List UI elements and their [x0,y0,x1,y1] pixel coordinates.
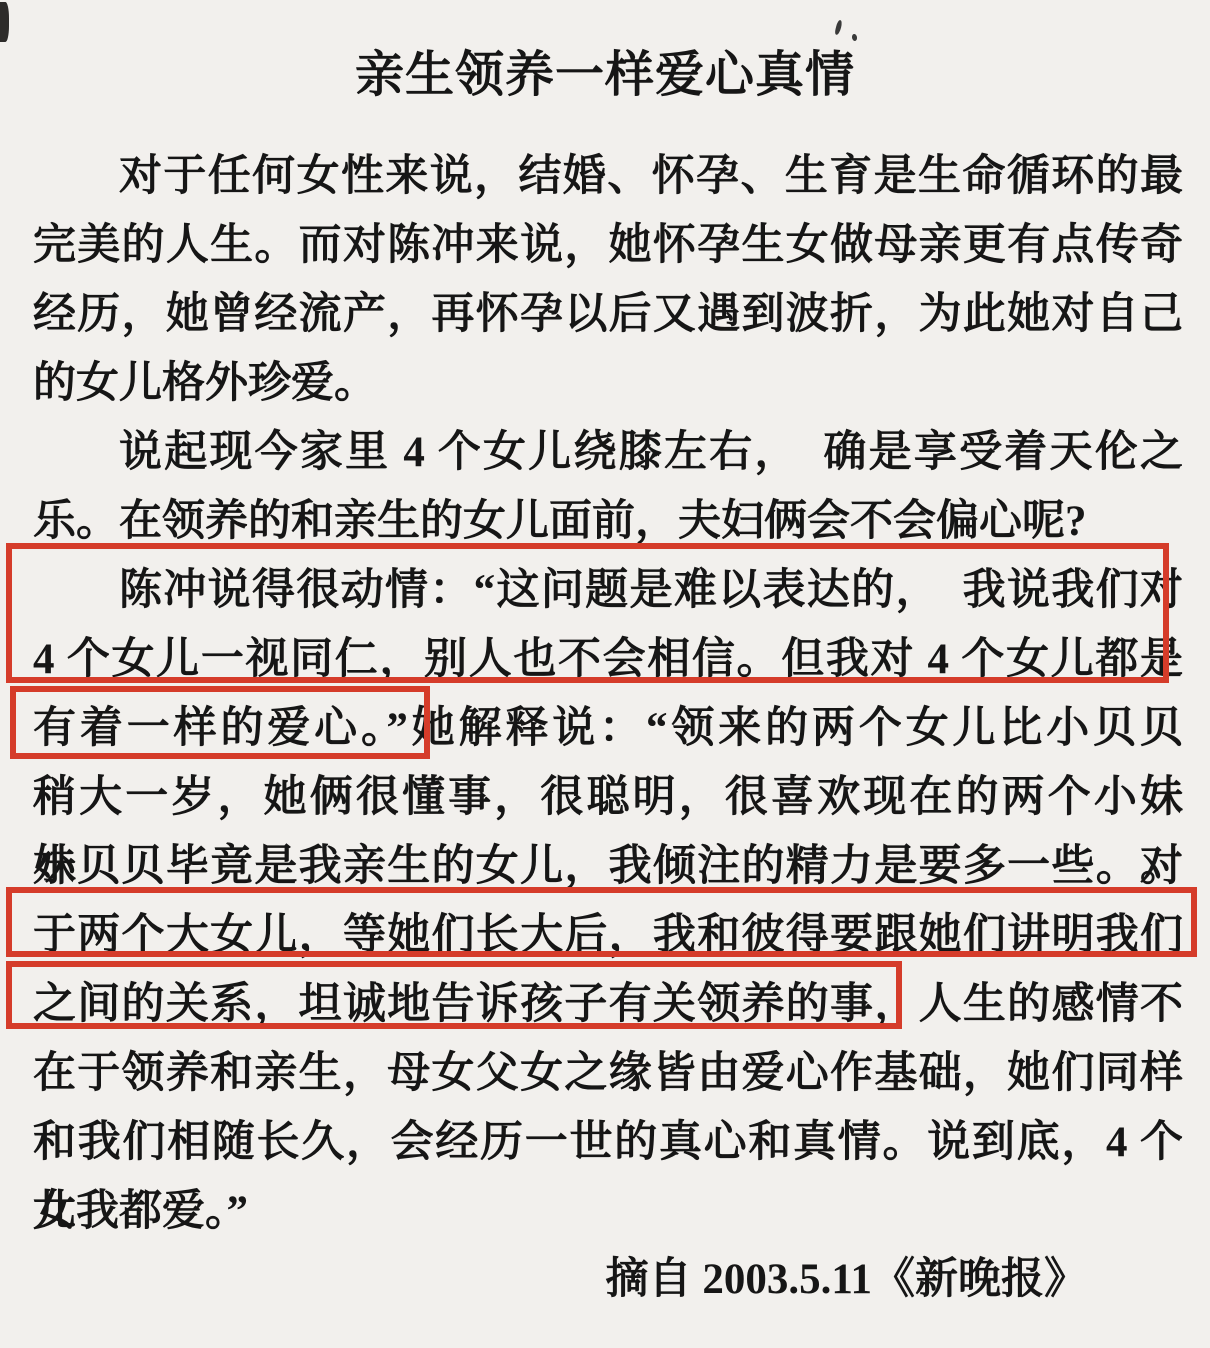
text-line: 完美的人生。而对陈冲来说，她怀孕生女做母亲更有点传奇 [33,211,1183,280]
text-line: 儿我都爱。” [33,1177,1183,1246]
text-line: 乐。在领养的和亲生的女儿面前，夫妇俩会不会偏心呢? [33,487,1183,556]
scanned-page: 亲生领养一样爱心真情 对于任何女性来说，结婚、怀孕、生育是生命循环的最 完美的人… [0,0,1210,1348]
text-line: 有着一样的爱心。”她解释说：“领来的两个女儿比小贝贝 [33,694,1183,763]
text-line: 经历，她曾经流产，再怀孕以后又遇到波折，为此她对自己 [33,280,1183,349]
text-line: 之间的关系，坦诚地告诉孩子有关领养的事，人生的感情不 [33,970,1183,1039]
text-line: 陈冲说得很动情：“这问题是难以表达的， 我说我们对 [33,556,1183,625]
text-line: 对于任何女性来说，结婚、怀孕、生育是生命循环的最 [33,142,1183,211]
text-line: 4 个女儿一视同仁，别人也不会相信。但我对 4 个女儿都是 [33,625,1183,694]
text-line: 的女儿格外珍爱。 [33,349,1183,418]
text-line: 于两个大女儿，等她们长大后，我和彼得要跟她们讲明我们 [33,901,1183,970]
article-body: 对于任何女性来说，结婚、怀孕、生育是生命循环的最 完美的人生。而对陈冲来说，她怀… [33,142,1183,1246]
text-line: 稍大一岁，她俩很懂事，很聪明，很喜欢现在的两个小妹妹。 [33,763,1183,832]
text-line: 小贝贝毕竟是我亲生的女儿，我倾注的精力是要多一些。对 [33,832,1183,901]
article-title: 亲生领养一样爱心真情 [0,36,1210,106]
text-line: 在于领养和亲生，母女父女之缘皆由爱心作基础，她们同样 [33,1039,1183,1108]
text-line: 说起现今家里 4 个女儿绕膝左右， 确是享受着天伦之 [33,418,1183,487]
citation: 摘自 2003.5.11《新晚报》 [33,1245,1183,1314]
scan-noise-mark [834,20,842,36]
text-line: 和我们相随长久，会经历一世的真心和真情。说到底，4 个女 [33,1108,1183,1177]
